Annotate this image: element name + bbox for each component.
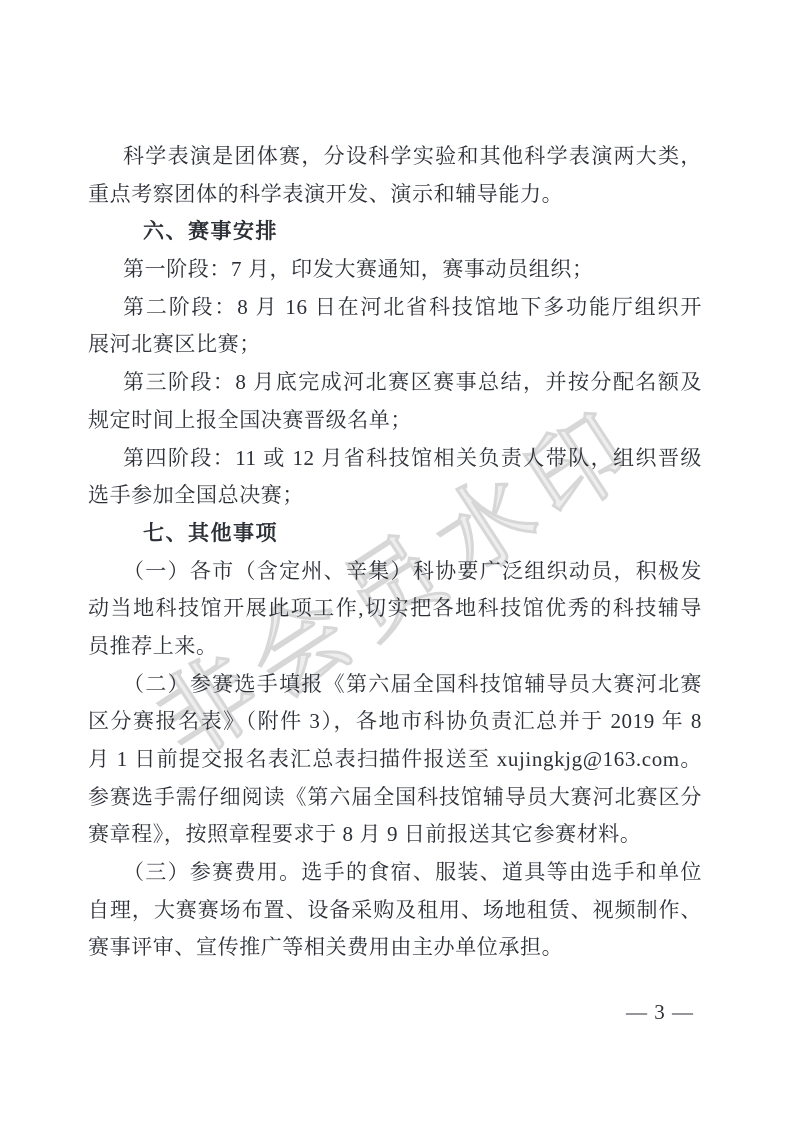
text-line: 第四阶段：11 或 12 月省科技馆相关负责人带队，组织晋级 [88, 440, 702, 478]
paragraph: 科学表演是团体赛，分设科学实验和其他科学表演两大类，重点考察团体的科学表演开发、… [88, 138, 702, 213]
text-line: 选手参加全国总决赛； [88, 477, 702, 515]
section-heading: 六、赛事安排 [88, 213, 702, 251]
text-line: 七、其他事项 [88, 515, 702, 553]
text-line: 规定时间上报全国决赛晋级名单； [88, 402, 702, 440]
document-page: 非会员水印 科学表演是团体赛，分设科学实验和其他科学表演两大类，重点考察团体的科… [0, 0, 793, 1122]
text-line: 第二阶段：8 月 16 日在河北省科技馆地下多功能厅组织开 [88, 289, 702, 327]
document-body: 科学表演是团体赛，分设科学实验和其他科学表演两大类，重点考察团体的科学表演开发、… [88, 138, 702, 967]
text-line: 自理，大赛赛场布置、设备采购及租用、场地租赁、视频制作、 [88, 892, 702, 930]
paragraph: 第一阶段：7 月，印发大赛通知，赛事动员组织； [88, 251, 702, 289]
text-line: 月 1 日前提交报名表汇总表扫描件报送至 xujingkjg@163.com。 [88, 741, 702, 779]
text-line: 六、赛事安排 [88, 213, 702, 251]
paragraph: 第四阶段：11 或 12 月省科技馆相关负责人带队，组织晋级选手参加全国总决赛； [88, 440, 702, 515]
text-line: 展河北赛区比赛； [88, 326, 702, 364]
paragraph: （一）各市（含定州、辛集）科协要广泛组织动员，积极发动当地科技馆开展此项工作,切… [88, 553, 702, 666]
text-line: 科学表演是团体赛，分设科学实验和其他科学表演两大类， [88, 138, 702, 176]
text-line: （二）参赛选手填报《第六届全国科技馆辅导员大赛河北赛 [88, 666, 702, 704]
text-line: 赛章程》，按照章程要求于 8 月 9 日前报送其它参赛材料。 [88, 816, 702, 854]
text-line: 赛事评审、宣传推广等相关费用由主办单位承担。 [88, 929, 702, 967]
text-line: 第一阶段：7 月，印发大赛通知，赛事动员组织； [88, 251, 702, 289]
text-line: 第三阶段：8 月底完成河北赛区赛事总结，并按分配名额及 [88, 364, 702, 402]
text-line: 员推荐上来。 [88, 628, 702, 666]
paragraph: （二）参赛选手填报《第六届全国科技馆辅导员大赛河北赛区分赛报名表》（附件 3），… [88, 666, 702, 854]
page-number: — 3 — [626, 997, 694, 1027]
text-line: 动当地科技馆开展此项工作,切实把各地科技馆优秀的科技辅导 [88, 590, 702, 628]
text-line: （一）各市（含定州、辛集）科协要广泛组织动员，积极发 [88, 553, 702, 591]
text-line: 重点考察团体的科学表演开发、演示和辅导能力。 [88, 176, 702, 214]
text-line: 区分赛报名表》（附件 3），各地市科协负责汇总并于 2019 年 8 [88, 703, 702, 741]
paragraph: 第二阶段：8 月 16 日在河北省科技馆地下多功能厅组织开展河北赛区比赛； [88, 289, 702, 364]
paragraph: 第三阶段：8 月底完成河北赛区赛事总结，并按分配名额及规定时间上报全国决赛晋级名… [88, 364, 702, 439]
section-heading: 七、其他事项 [88, 515, 702, 553]
text-line: 参赛选手需仔细阅读《第六届全国科技馆辅导员大赛河北赛区分 [88, 779, 702, 817]
text-line: （三）参赛费用。选手的食宿、服装、道具等由选手和单位 [88, 854, 702, 892]
paragraph: （三）参赛费用。选手的食宿、服装、道具等由选手和单位自理，大赛赛场布置、设备采购… [88, 854, 702, 967]
